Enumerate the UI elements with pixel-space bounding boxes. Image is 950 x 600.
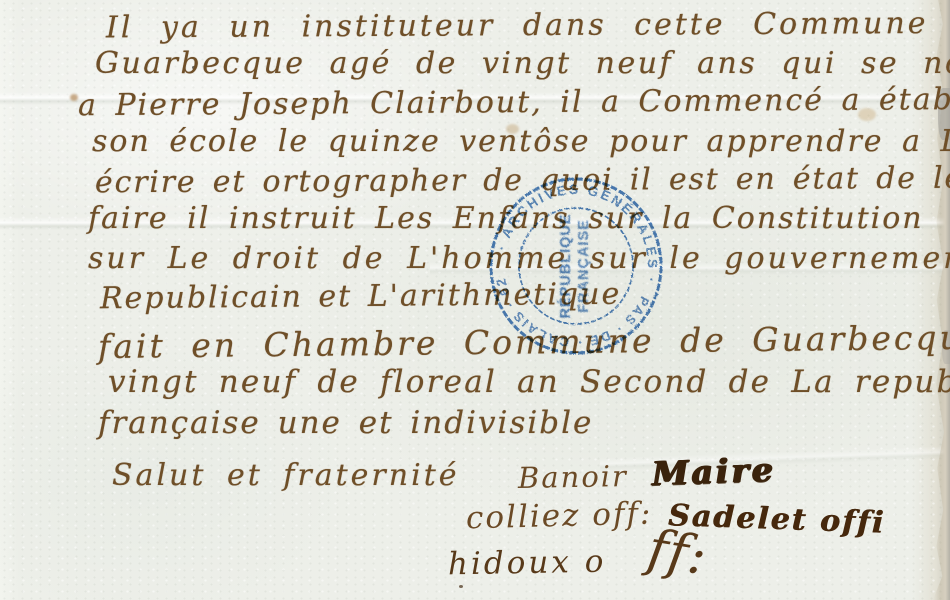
signature-officer-3-flourish: ff: xyxy=(644,519,712,587)
stamp-center-line-1: RÉPUBLIQUE xyxy=(557,213,574,318)
signature-officer-3-name: hidoux o xyxy=(448,544,607,583)
archive-stamp: · ARCHIVES GÉNÉRALES · PAS · DE · CALAIS… xyxy=(483,170,673,364)
signature-mayor-name: Banoir xyxy=(518,459,628,495)
handwritten-line-4: son école le quinze ventôse pour apprend… xyxy=(92,124,950,159)
handwritten-line-11: française une et indivisible xyxy=(98,405,593,441)
manuscript-page: Il ya un instituteur dans cette Commune … xyxy=(0,0,950,600)
handwritten-line-1: Il ya un instituteur dans cette Commune … xyxy=(106,6,950,46)
signature-mayor-title: Maire xyxy=(651,450,776,493)
signature-officer-1: colliez off: xyxy=(466,496,653,537)
handwritten-line-10: vingt neuf de floreal an Second de La re… xyxy=(108,364,950,400)
handwritten-line-3: a Pierre Joseph Clairbout, il a Commencé… xyxy=(78,82,950,123)
stamp-center-line-2: FRANÇAISE xyxy=(576,219,592,313)
handwritten-line-2: Guarbecque agé de vingt neuf ans qui se … xyxy=(95,46,950,81)
ink-speck xyxy=(459,585,463,588)
closing-salutation: Salut et fraternité xyxy=(112,458,460,493)
fox-spot xyxy=(70,94,78,101)
